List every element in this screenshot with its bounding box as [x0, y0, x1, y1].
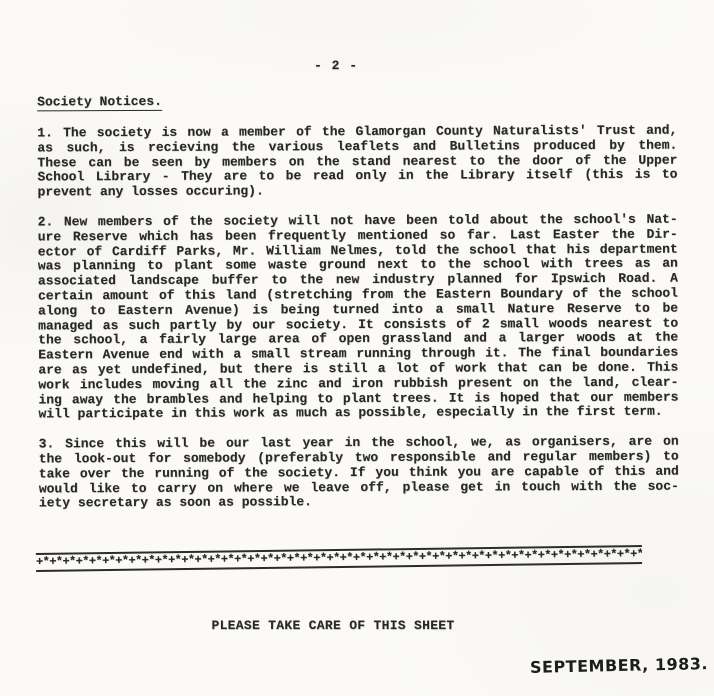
section-heading: Society Notices.	[37, 94, 162, 112]
body-paragraphs: 1. The society is now a member of the Gl…	[37, 124, 679, 512]
text-line: iety secretary as soon as possible.	[39, 494, 679, 512]
paragraph: 3. Since this will be our last year in t…	[39, 435, 679, 512]
decorative-divider: +*+*+*+*+*+*+*+*+*+*+*+*+*+*+*+*+*+*+*+*…	[36, 545, 642, 572]
divider-pattern-text: +*+*+*+*+*+*+*+*+*+*+*+*+*+*+*+*+*+*+*+*…	[36, 547, 642, 569]
footer-notice: PLEASE TAKE CARE OF THIS SHEET	[28, 618, 638, 633]
text-line: prevent any losses occuring).	[37, 183, 677, 201]
text-line: will participate in this work as much as…	[38, 405, 678, 423]
handwritten-date: SEPTEMBER, 1983.	[530, 654, 708, 677]
document-body: Society Notices. 1. The society is now a…	[37, 90, 679, 512]
document-page: - 2 - Society Notices. 1. The society is…	[0, 0, 714, 696]
paragraph: 2. New members of the society will not h…	[38, 213, 679, 423]
paragraph: 1. The society is now a member of the Gl…	[37, 124, 677, 201]
page-number: - 2 -	[0, 58, 672, 73]
text-line: School Library - They are to be read onl…	[37, 168, 677, 186]
